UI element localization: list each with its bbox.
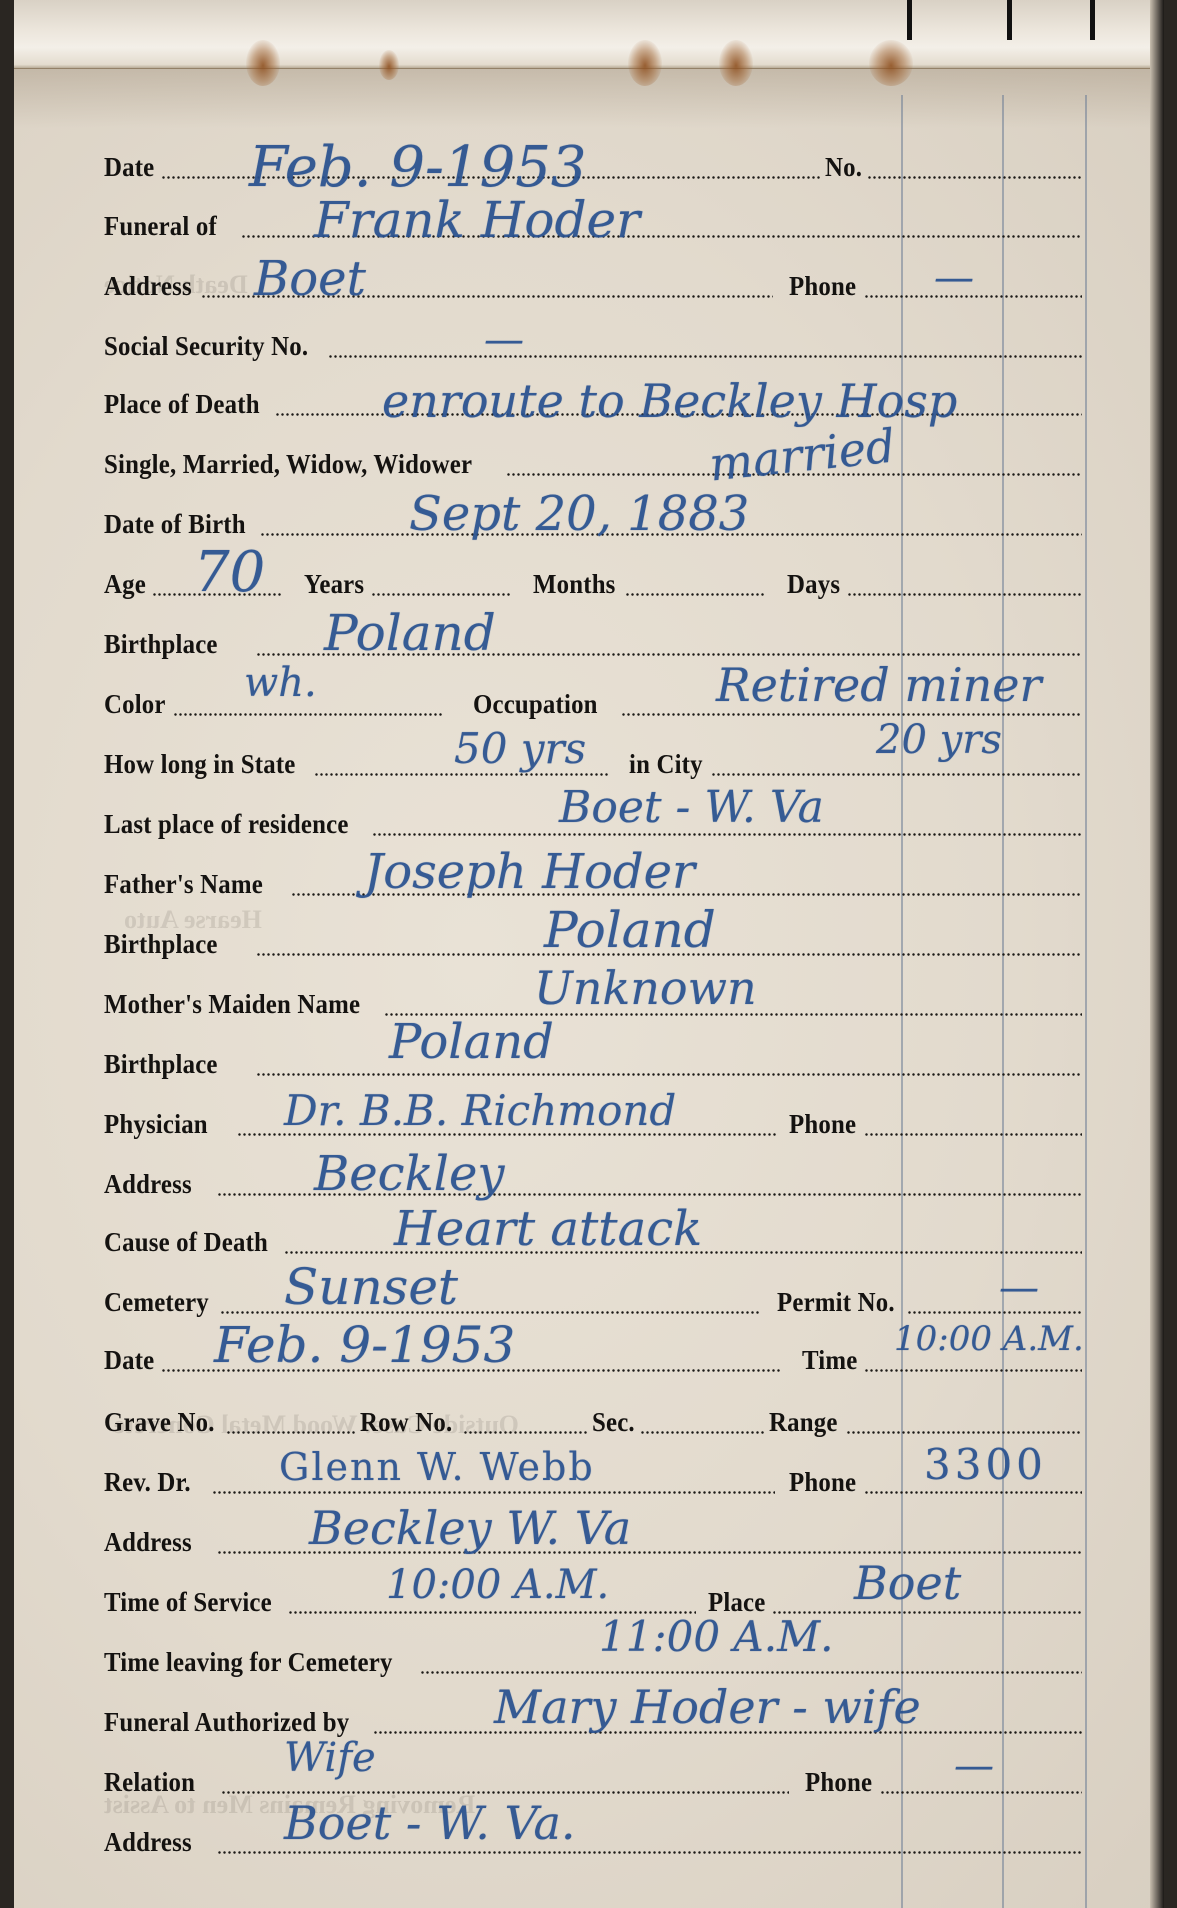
handwritten-value: 20 yrs [876,720,1002,760]
form-row-social-security: Social Security No. [104,322,1086,362]
field-label: Father's Name [104,871,263,900]
handwritten-value: Feb. 9-1953 [214,1320,515,1370]
fill-line [463,1431,588,1434]
handwritten-value: Boet - W. Va [559,786,824,830]
handwritten-value: 70 [194,545,265,601]
handwritten-value: Beckley W. Va [309,1505,631,1551]
binding-shadow [14,68,1164,128]
field-label: Days [787,571,840,600]
field-label: Rev. Dr. [104,1469,191,1498]
field-label: Last place of residence [104,811,349,840]
form-row-mother-birthplace: Birthplace [104,1040,1086,1080]
field-label: Color [104,691,166,720]
field-label: Grave No. [104,1409,215,1438]
field-label: Cemetery [104,1289,209,1318]
field-label: Address [104,1829,192,1858]
field-label: Date [104,154,154,183]
field-label: Physician [104,1111,208,1140]
field-label: in City [629,751,703,780]
field-label: Row No. [360,1409,452,1438]
field-label: Permit No. [777,1289,895,1318]
field-label: Mother's Maiden Name [104,991,360,1020]
fill-line [880,1791,1082,1794]
handwritten-value: Sunset [284,1262,458,1312]
rust-stain [628,40,662,86]
field-label: Single, Married, Widow, Widower [104,451,472,480]
handwritten-value: — [999,1268,1039,1308]
handwritten-value: — [934,258,974,298]
field-label: Birthplace [104,631,218,660]
binding-tick-mark [1090,0,1095,40]
field-label: Address [104,1171,192,1200]
field-label: Occupation [473,691,598,720]
field-label: Date [104,1347,154,1376]
field-label: Phone [805,1769,872,1798]
binding-tick-mark [1007,0,1012,40]
rust-stain [869,40,913,86]
fill-line [864,1369,1082,1372]
fill-line [217,1851,1082,1854]
rust-stain [719,40,753,86]
handwritten-value: Unknown [534,965,757,1011]
fill-line [907,1311,1082,1314]
fill-line [221,1791,789,1794]
binding-tick-mark [907,0,912,40]
field-label: Range [769,1409,838,1438]
handwritten-value: Boet [854,1560,961,1606]
handwritten-value: Joseph Hoder [364,848,695,896]
handwritten-value: Beckley [314,1150,505,1198]
field-label: Address [104,1529,192,1558]
handwritten-value: 50 yrs [454,728,586,770]
form-row-grave: Grave No. Row No. Sec. Range [104,1398,1086,1438]
field-label: Months [533,571,616,600]
field-label: Sec. [592,1409,635,1438]
handwritten-value: Glenn W. Webb [279,1448,595,1486]
fill-line [314,773,609,776]
field-label: Birthplace [104,931,218,960]
handwritten-value: Poland [324,608,496,658]
field-label: Age [104,571,146,600]
handwritten-value: Boet - W. Va. [284,1800,576,1846]
field-label: Place of Death [104,391,260,420]
form-row-cemetery: Cemetery Permit No. [104,1278,1086,1318]
fill-line [640,1431,765,1434]
fill-line [212,1491,775,1494]
field-label: Phone [789,1469,856,1498]
handwritten-value: Poland [389,1018,554,1066]
field-label: Time of Service [104,1589,272,1618]
handwritten-value: Wife [284,1738,376,1778]
handwritten-value: Mary Hoder - wife [494,1684,921,1730]
fill-line [864,1133,1082,1136]
pad-binding [14,0,1164,69]
fill-line [625,593,765,596]
handwritten-value: — [484,320,524,360]
field-label: Address [104,273,192,302]
field-label: Time leaving for Cemetery [104,1649,393,1678]
fill-line [372,833,1082,836]
handwritten-value: Retired miner [716,662,1042,708]
fill-line [371,593,511,596]
field-label: How long in State [104,751,296,780]
fill-line [864,1491,1082,1494]
handwritten-value: — [954,1746,994,1786]
funeral-record-page: Death Notice Hearse Auto Outside Case: W… [14,0,1164,1908]
handwritten-value: Feb. 9-1953 [249,140,586,196]
field-label: Funeral Authorized by [104,1709,349,1738]
handwritten-value: 11:00 A.M. [599,1616,833,1658]
fill-line [867,176,1082,179]
handwritten-value: Sept 20, 1883 [409,490,749,538]
handwritten-value: wh. [244,663,317,703]
form-row-authorizer-address: Address [104,1818,1086,1858]
field-label: Phone [789,1111,856,1140]
field-label: Social Security No. [104,333,308,362]
handwritten-value: 10:00 A.M. [894,1322,1084,1356]
fill-line [173,713,443,716]
rust-stain [379,50,399,80]
field-label: Years [304,571,364,600]
field-label: Birthplace [104,1051,218,1080]
fill-line [846,1431,1082,1434]
handwritten-value: Poland [544,905,716,955]
handwritten-value: 3300 [924,1444,1047,1486]
fill-line [420,1671,1082,1674]
fill-line [328,355,1082,358]
form-row-marital-status: Single, Married, Widow, Widower [104,440,1086,480]
fill-line [847,593,1082,596]
handwritten-value: Boet [254,255,366,303]
handwritten-value: enroute to Beckley Hosp [382,378,957,424]
fill-line [711,773,1082,776]
form-row-leaving-time: Time leaving for Cemetery [104,1638,1086,1678]
form-row-relation: Relation Phone [104,1758,1086,1798]
field-label: Relation [104,1769,195,1798]
form-row-physician-address: Address [104,1160,1086,1200]
fill-line [226,1431,356,1434]
handwritten-value: Heart attack [394,1205,702,1253]
rust-stain [246,40,280,86]
page-edge [1150,0,1164,1908]
field-label: Time [802,1347,857,1376]
handwritten-value: 10:00 A.M. [386,1565,609,1605]
field-label: Cause of Death [104,1229,268,1258]
field-label: Funeral of [104,213,217,242]
handwritten-value: Dr. B.B. Richmond [284,1090,676,1132]
handwritten-value: Frank Hoder [314,195,640,245]
fill-line [621,713,1083,716]
field-label: Phone [789,273,856,302]
fill-line [256,1073,1083,1076]
form-row-birthplace: Birthplace [104,620,1086,660]
field-label: Date of Birth [104,511,246,540]
field-label: No. [825,154,862,183]
